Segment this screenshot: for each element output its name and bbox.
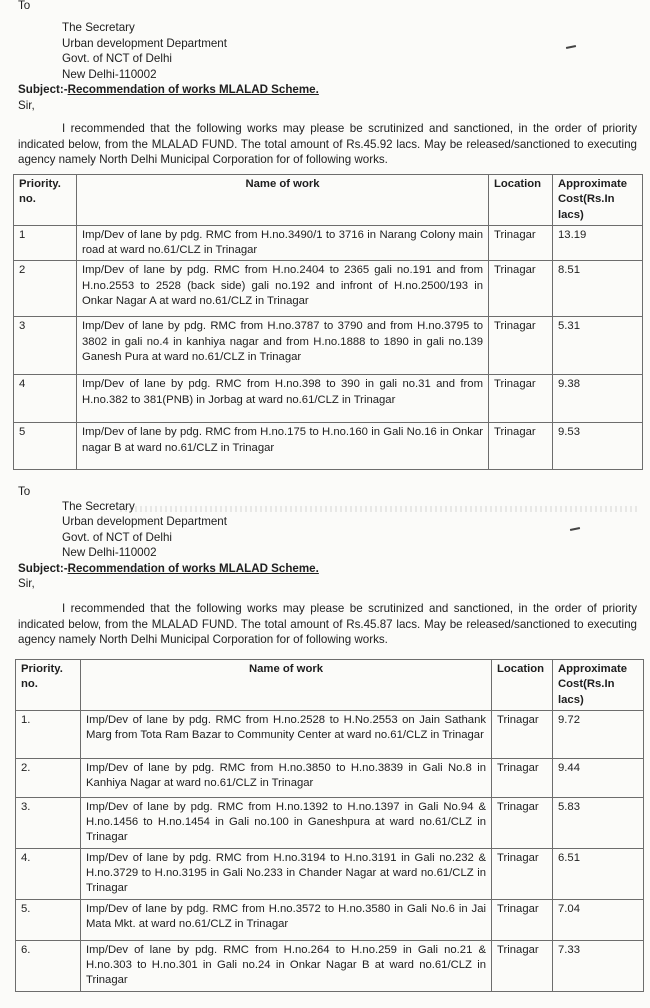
table-row: 1 Imp/Dev of lane by pdg. RMC from H.no.…: [14, 225, 643, 261]
location: Trinagar: [492, 797, 553, 848]
header-priority: Priority. no.: [16, 660, 81, 711]
work-description: Imp/Dev of lane by pdg. RMC from H.no.25…: [81, 710, 492, 758]
work-description: Imp/Dev of lane by pdg. RMC from H.no.26…: [81, 940, 492, 991]
table-row: 1. Imp/Dev of lane by pdg. RMC from H.no…: [16, 710, 644, 758]
work-description: Imp/Dev of lane by pdg. RMC from H.no.39…: [77, 375, 489, 423]
salutation: Sir,: [18, 576, 35, 592]
work-description: Imp/Dev of lane by pdg. RMC from H.no.17…: [77, 423, 489, 470]
work-description: Imp/Dev of lane by pdg. RMC from H.no.13…: [81, 797, 492, 848]
works-table-1: Priority. no. Name of work Location Appr…: [13, 174, 643, 470]
cost: 9.44: [553, 758, 644, 797]
pen-mark: [570, 527, 580, 531]
cost: 7.04: [553, 899, 644, 940]
body-paragraph: I recommended that the following works m…: [18, 601, 637, 648]
pen-mark: [566, 45, 576, 49]
priority-no: 5: [14, 423, 77, 470]
location: Trinagar: [489, 261, 553, 317]
work-description: Imp/Dev of lane by pdg. RMC from H.no.31…: [81, 848, 492, 899]
cost: 8.51: [553, 261, 643, 317]
work-description: Imp/Dev of lane by pdg. RMC from H.no.35…: [81, 899, 492, 940]
table-header-row: Priority. no. Name of work Location Appr…: [16, 660, 644, 711]
address-line-4: New Delhi-110002: [62, 67, 157, 83]
table-row: 4 Imp/Dev of lane by pdg. RMC from H.no.…: [14, 375, 643, 423]
address-line-1: The Secretary: [62, 20, 135, 36]
header-cost: Approximate Cost(Rs.In lacs): [553, 175, 643, 226]
table-row: 6. Imp/Dev of lane by pdg. RMC from H.no…: [16, 940, 644, 991]
table-row: 3. Imp/Dev of lane by pdg. RMC from H.no…: [16, 797, 644, 848]
cost: 9.72: [553, 710, 644, 758]
table-header-row: Priority. no. Name of work Location Appr…: [14, 175, 643, 226]
to-label: To: [18, 484, 30, 500]
cost: 6.51: [553, 848, 644, 899]
subject-label: Subject:-: [18, 83, 68, 96]
location: Trinagar: [489, 375, 553, 423]
header-name-of-work: Name of work: [81, 660, 492, 711]
work-description: Imp/Dev of lane by pdg. RMC from H.no.37…: [77, 317, 489, 375]
priority-no: 3.: [16, 797, 81, 848]
table-row: 2 Imp/Dev of lane by pdg. RMC from H.no.…: [14, 261, 643, 317]
address-line-2: Urban development Department: [62, 36, 227, 52]
priority-no: 5.: [16, 899, 81, 940]
work-description: Imp/Dev of lane by pdg. RMC from H.no.24…: [77, 261, 489, 317]
subject-text: Recommendation of works MLALAD Scheme.: [68, 83, 319, 96]
cost: 13.19: [553, 225, 643, 261]
header-name-of-work: Name of work: [77, 175, 489, 226]
location: Trinagar: [492, 940, 553, 991]
body-paragraph: I recommended that the following works m…: [18, 121, 637, 168]
to-label: To: [18, 0, 30, 14]
location: Trinagar: [492, 848, 553, 899]
priority-no: 1: [14, 225, 77, 261]
header-cost: Approximate Cost(Rs.In lacs): [553, 660, 644, 711]
subject-line: Subject:-Recommendation of works MLALAD …: [18, 561, 319, 577]
table-row: 5 Imp/Dev of lane by pdg. RMC from H.no.…: [14, 423, 643, 470]
priority-no: 4.: [16, 848, 81, 899]
location: Trinagar: [492, 758, 553, 797]
address-line-3: Govt. of NCT of Delhi: [62, 530, 172, 546]
location: Trinagar: [492, 710, 553, 758]
works-table-2: Priority. no. Name of work Location Appr…: [15, 659, 644, 992]
cost: 7.33: [553, 940, 644, 991]
address-line-2: Urban development Department: [62, 514, 227, 530]
address-line-3: Govt. of NCT of Delhi: [62, 51, 172, 67]
priority-no: 1.: [16, 710, 81, 758]
header-priority: Priority. no.: [14, 175, 77, 226]
table-row: 2. Imp/Dev of lane by pdg. RMC from H.no…: [16, 758, 644, 797]
priority-no: 2: [14, 261, 77, 317]
cost: 5.31: [553, 317, 643, 375]
work-description: Imp/Dev of lane by pdg. RMC from H.no.38…: [81, 758, 492, 797]
priority-no: 4: [14, 375, 77, 423]
location: Trinagar: [492, 899, 553, 940]
priority-no: 3: [14, 317, 77, 375]
address-line-4: New Delhi-110002: [62, 545, 157, 561]
salutation: Sir,: [18, 98, 35, 114]
header-location: Location: [489, 175, 553, 226]
priority-no: 6.: [16, 940, 81, 991]
location: Trinagar: [489, 225, 553, 261]
header-location: Location: [492, 660, 553, 711]
table-row: 3 Imp/Dev of lane by pdg. RMC from H.no.…: [14, 317, 643, 375]
cost: 9.38: [553, 375, 643, 423]
subject-line: Subject:-Recommendation of works MLALAD …: [18, 82, 319, 98]
cost: 9.53: [553, 423, 643, 470]
table-row: 5. Imp/Dev of lane by pdg. RMC from H.no…: [16, 899, 644, 940]
location: Trinagar: [489, 317, 553, 375]
work-description: Imp/Dev of lane by pdg. RMC from H.no.34…: [77, 225, 489, 261]
cost: 5.83: [553, 797, 644, 848]
subject-text: Recommendation of works MLALAD Scheme.: [68, 562, 319, 575]
location: Trinagar: [489, 423, 553, 470]
priority-no: 2.: [16, 758, 81, 797]
table-row: 4. Imp/Dev of lane by pdg. RMC from H.no…: [16, 848, 644, 899]
scan-noise: [120, 506, 640, 512]
subject-label: Subject:-: [18, 562, 68, 575]
